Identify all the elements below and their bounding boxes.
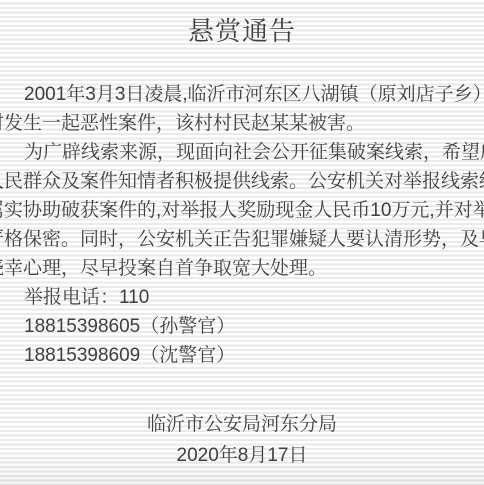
notice-body-line: 2001年3月3日凌晨,临沂市河东区八湖镇（原刘店子乡）坊上 <box>24 84 484 106</box>
tip-phone-line: 18815398605（孙警官） <box>24 316 235 338</box>
notice-body-line: 村发生一起恶性案件，该村村民赵某某被害。 <box>0 113 365 135</box>
tip-hotline-line: 举报电话：110 <box>24 287 149 309</box>
notice-title: 悬赏通告 <box>0 17 484 45</box>
notice-body-line: 人民群众及案件知情者积极提供线索。公安机关对举报线索经查证 <box>0 171 484 193</box>
notice-body-line: 为广辟线索来源，现面向社会公开征集破案线索，希望广大 <box>24 142 484 164</box>
tip-phone-line: 18815398609（沈警官） <box>24 345 235 367</box>
notice-body-line: 属实协助破获案件的,对举报人奖励现金人民币10万元,并对举报人 <box>0 200 484 222</box>
notice-body-line: 侥幸心理，尽早投案自首争取宽大处理。 <box>0 258 327 280</box>
signature-date: 2020年8月17日 <box>0 445 484 467</box>
signature-organization: 临沂市公安局河东分局 <box>0 414 484 436</box>
notice-document: 悬赏通告 2001年3月3日凌晨,临沂市河东区八湖镇（原刘店子乡）坊上 村发生一… <box>0 0 484 485</box>
notice-body-line: 严格保密。同时，公安机关正告犯罪嫌疑人要认清形势，及早打消 <box>0 229 484 251</box>
